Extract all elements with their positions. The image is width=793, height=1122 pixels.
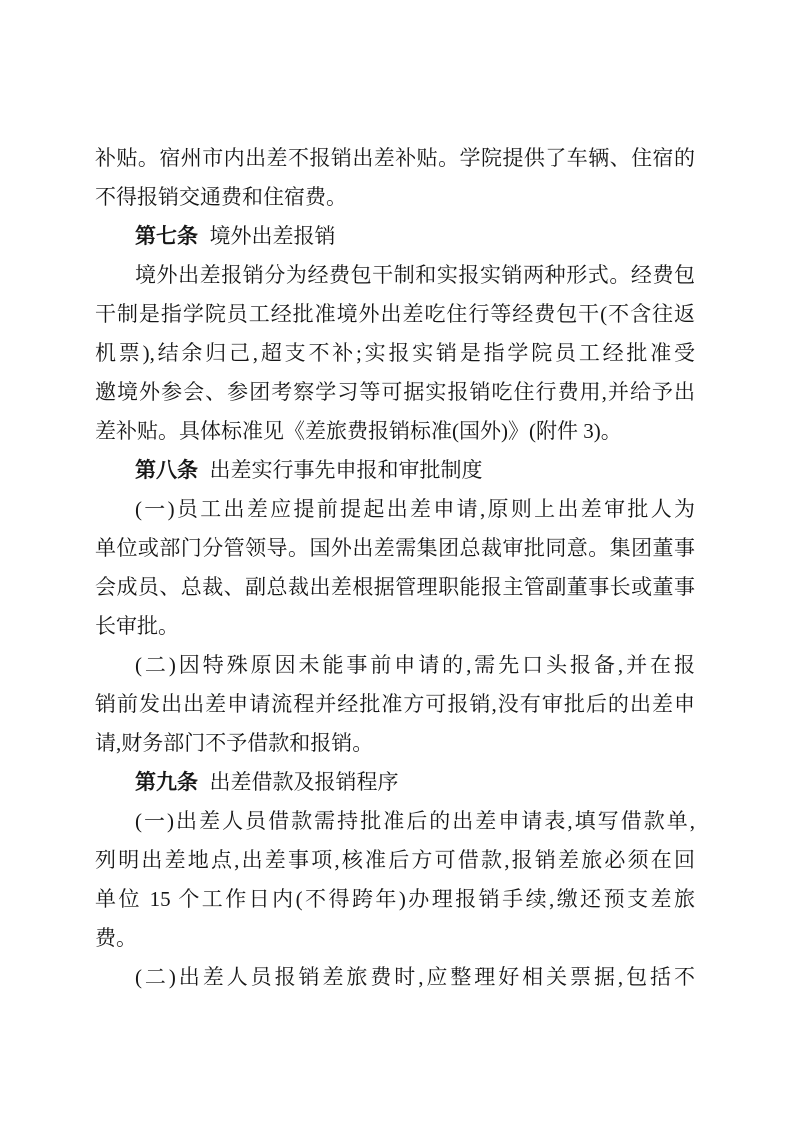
text-line: 单位 15 个工作日内(不得跨年)办理报销手续,缴还预支差旅 (95, 880, 695, 919)
paragraph: 境外出差报销分为经费包干制和实报实销两种形式。经费包 干制是指学院员工经批准境外… (95, 256, 695, 451)
text-line: 邀境外参会、参团考察学习等可据实报销吃住行费用,并给予出 (95, 373, 695, 412)
text-line: 费。 (95, 919, 695, 958)
article-number: 第七条 (135, 224, 198, 248)
text-line: (一)员工出差应提前提起出差申请,原则上出差审批人为 (95, 490, 695, 529)
paragraph: 补贴。宿州市内出差不报销出差补贴。学院提供了车辆、住宿的 不得报销交通费和住宿费… (95, 139, 695, 217)
paragraph: (二)因特殊原因未能事前申请的,需先口头报备,并在报 销前发出出差申请流程并经批… (95, 646, 695, 763)
text-line: (一)出差人员借款需持批准后的出差申请表,填写借款单, (95, 802, 695, 841)
paragraph: (一)出差人员借款需持批准后的出差申请表,填写借款单, 列明出差地点,出差事项,… (95, 802, 695, 958)
article-number: 第八条 (135, 458, 198, 482)
article-heading: 第九条出差借款及报销程序 (95, 763, 695, 802)
document-content: 补贴。宿州市内出差不报销出差补贴。学院提供了车辆、住宿的 不得报销交通费和住宿费… (95, 139, 695, 997)
text-line: 干制是指学院员工经批准境外出差吃住行等经费包干(不含往返 (95, 295, 695, 334)
article-heading: 第八条出差实行事先申报和审批制度 (95, 451, 695, 490)
document-page: 补贴。宿州市内出差不报销出差补贴。学院提供了车辆、住宿的 不得报销交通费和住宿费… (0, 0, 793, 1122)
text-line: 境外出差报销分为经费包干制和实报实销两种形式。经费包 (95, 256, 695, 295)
text-line: 补贴。宿州市内出差不报销出差补贴。学院提供了车辆、住宿的 (95, 139, 695, 178)
text-line: 不得报销交通费和住宿费。 (95, 178, 695, 217)
text-line: 长审批。 (95, 607, 695, 646)
paragraph: (二)出差人员报销差旅费时,应整理好相关票据,包括不 (95, 958, 695, 997)
article-title: 出差实行事先申报和审批制度 (210, 458, 483, 482)
article-title: 出差借款及报销程序 (210, 770, 399, 794)
text-line: (二)因特殊原因未能事前申请的,需先口头报备,并在报 (95, 646, 695, 685)
paragraph: (一)员工出差应提前提起出差申请,原则上出差审批人为 单位或部门分管领导。国外出… (95, 490, 695, 646)
text-line: 销前发出出差申请流程并经批准方可报销,没有审批后的出差申 (95, 685, 695, 724)
text-line: 差补贴。具体标准见《差旅费报销标准(国外)》(附件 3)。 (95, 412, 695, 451)
text-line: 会成员、总裁、副总裁出差根据管理职能报主管副董事长或董事 (95, 568, 695, 607)
text-line: 列明出差地点,出差事项,核准后方可借款,报销差旅必须在回 (95, 841, 695, 880)
article-heading: 第七条境外出差报销 (95, 217, 695, 256)
article-title: 境外出差报销 (210, 224, 336, 248)
article-number: 第九条 (135, 770, 198, 794)
text-line: (二)出差人员报销差旅费时,应整理好相关票据,包括不 (95, 958, 695, 997)
text-line: 机票),结余归己,超支不补;实报实销是指学院员工经批准受 (95, 334, 695, 373)
text-line: 单位或部门分管领导。国外出差需集团总裁审批同意。集团董事 (95, 529, 695, 568)
text-line: 请,财务部门不予借款和报销。 (95, 724, 695, 763)
